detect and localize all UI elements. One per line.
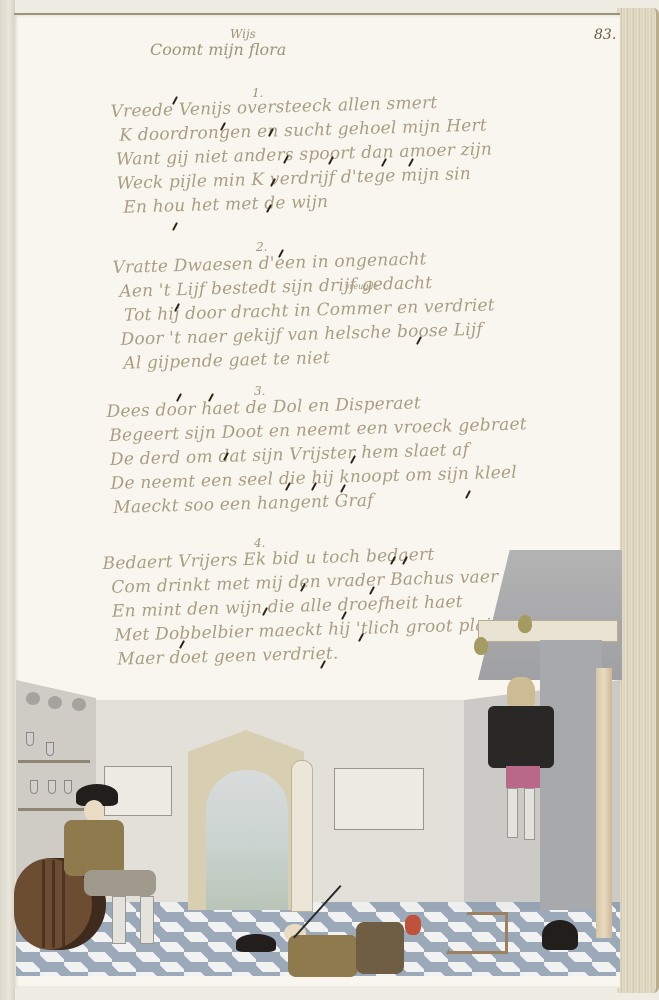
door-leaf: [291, 760, 313, 912]
barrel-band: [52, 860, 55, 948]
glass: [46, 742, 54, 756]
gold-ornament: [474, 637, 488, 655]
barrel-band: [42, 860, 45, 948]
tune-heading: Wijs Coomt mijn flora: [150, 28, 286, 58]
shelf: [18, 808, 90, 811]
face: [84, 800, 104, 822]
hanging-jug: [48, 696, 62, 709]
breeches: [356, 922, 404, 974]
red-stocking-top: [405, 915, 421, 935]
barrel-band: [62, 860, 65, 948]
glass: [30, 780, 38, 794]
gold-coat: [64, 820, 124, 876]
gold-ornament: [518, 615, 532, 633]
stanza-3: Dees door haet de Dol en Disperaet Begee…: [106, 388, 529, 520]
mantel: [478, 620, 618, 642]
black-coat: [488, 706, 554, 768]
facing-page-edge: [0, 0, 15, 1000]
stocking: [140, 896, 154, 944]
stanza-4: Bedaert Vrijers Ek bid u toch bedaert Co…: [102, 541, 515, 672]
glass: [26, 732, 34, 746]
glass: [64, 780, 72, 794]
page-number: 83.: [594, 27, 616, 43]
marble-column: [596, 668, 612, 938]
shelf: [18, 760, 90, 763]
stocking: [112, 896, 126, 944]
breeches: [84, 870, 156, 896]
stanza-2: Vratte Dwaesen d'een in ongenacht Aen 't…: [112, 245, 496, 376]
framed-print: [334, 768, 424, 830]
pink-breeches: [506, 766, 540, 788]
dropped-hat: [236, 934, 276, 952]
stocking: [507, 788, 518, 838]
stanza-1: Vreede Venijs oversteeck allen smert K d…: [110, 89, 493, 220]
stocking: [524, 788, 535, 840]
doorway-scene: [206, 770, 288, 910]
hanging-jug: [72, 698, 86, 711]
glass: [48, 780, 56, 794]
tune-name: Coomt mijn flora: [150, 42, 286, 58]
page-stack-edge: [617, 8, 659, 993]
gold-coat: [288, 935, 358, 977]
hanging-jug: [26, 692, 40, 705]
fallen-hat: [542, 920, 578, 950]
fireplace: [540, 640, 602, 910]
scan-background: 83. Wijs Coomt mijn flora 1. Vreede Veni…: [0, 0, 659, 1000]
tune-label: Wijs: [230, 28, 286, 40]
